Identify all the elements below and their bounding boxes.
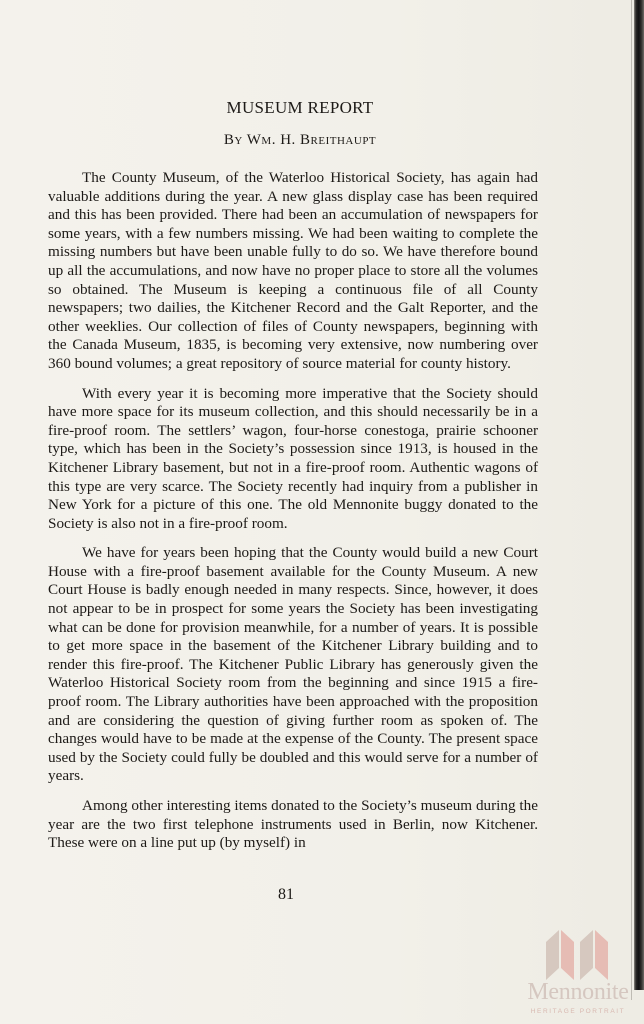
watermark: Mennonite HERITAGE PORTRAIT <box>516 925 640 1020</box>
watermark-subtitle: HERITAGE PORTRAIT <box>516 1008 640 1015</box>
paragraph-1: The County Museum, of the Waterloo Histo… <box>48 169 538 374</box>
scanned-page: MUSEUM REPORT By Wm. H. Breithaupt The C… <box>0 0 644 1024</box>
page-edge-line <box>631 0 632 1000</box>
page-number: 81 <box>0 886 572 904</box>
article-byline: By Wm. H. Breithaupt <box>0 132 600 149</box>
paragraph-4: Among other interesting items donated to… <box>48 797 538 853</box>
mennonite-heritage-logo-icon <box>542 928 612 980</box>
book-binding-edge <box>634 0 644 990</box>
paragraph-2: With every year it is becoming more impe… <box>48 385 538 534</box>
watermark-name: Mennonite <box>516 979 640 1006</box>
article-title: MUSEUM REPORT <box>0 98 600 118</box>
article-body: The County Museum, of the Waterloo Histo… <box>48 169 538 864</box>
paragraph-3: We have for years been hoping that the C… <box>48 544 538 786</box>
